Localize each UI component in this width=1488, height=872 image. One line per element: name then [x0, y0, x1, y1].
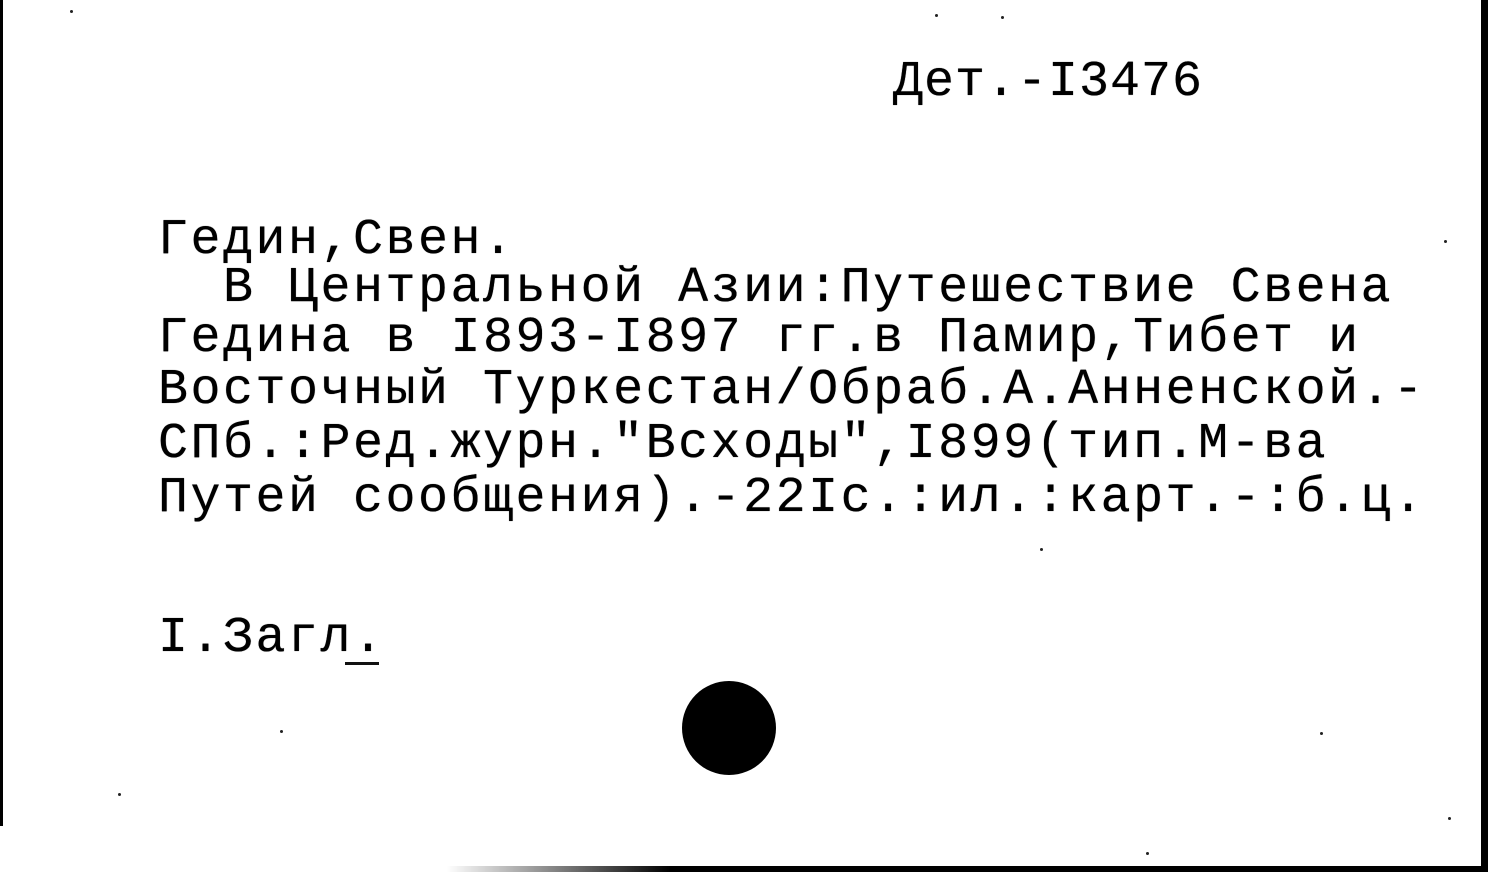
- tracing-underline: [345, 662, 379, 665]
- call-number: Дет.-І3476: [893, 58, 1203, 108]
- scan-speck: [1444, 240, 1447, 243]
- scan-speck: [1040, 548, 1043, 551]
- tracing-entry: І.Загл.: [158, 614, 386, 664]
- scan-border-left: [0, 0, 3, 826]
- description-line: Путей сообщения).-22Іс.:ил.:карт.-:б.ц.: [158, 474, 1426, 524]
- author-heading: Гедин,Свен.: [158, 216, 516, 266]
- scan-speck: [1001, 16, 1004, 19]
- scan-speck: [280, 730, 283, 733]
- scan-speck: [1146, 852, 1149, 855]
- scan-speck: [1448, 817, 1451, 820]
- scan-border-right: [1481, 0, 1488, 872]
- catalog-card: Дет.-І3476 Гедин,Свен. В Центральной Ази…: [0, 0, 1488, 872]
- description-line: В Центральной Азии:Путешествие Свена: [158, 264, 1393, 314]
- description-line: СПб.:Ред.журн."Всходы",І899(тип.М-ва: [158, 420, 1328, 470]
- description-line: Восточный Туркестан/Обраб.А.Анненской.-: [158, 366, 1426, 416]
- punch-hole: [682, 681, 776, 775]
- description-line: Гедина в І893-І897 гг.в Памир,Тибет и: [158, 314, 1361, 364]
- scan-speck: [1320, 732, 1323, 735]
- scan-border-bottom: [0, 866, 1488, 872]
- scan-speck: [70, 10, 73, 13]
- scan-speck: [935, 14, 938, 17]
- scan-speck: [118, 793, 121, 796]
